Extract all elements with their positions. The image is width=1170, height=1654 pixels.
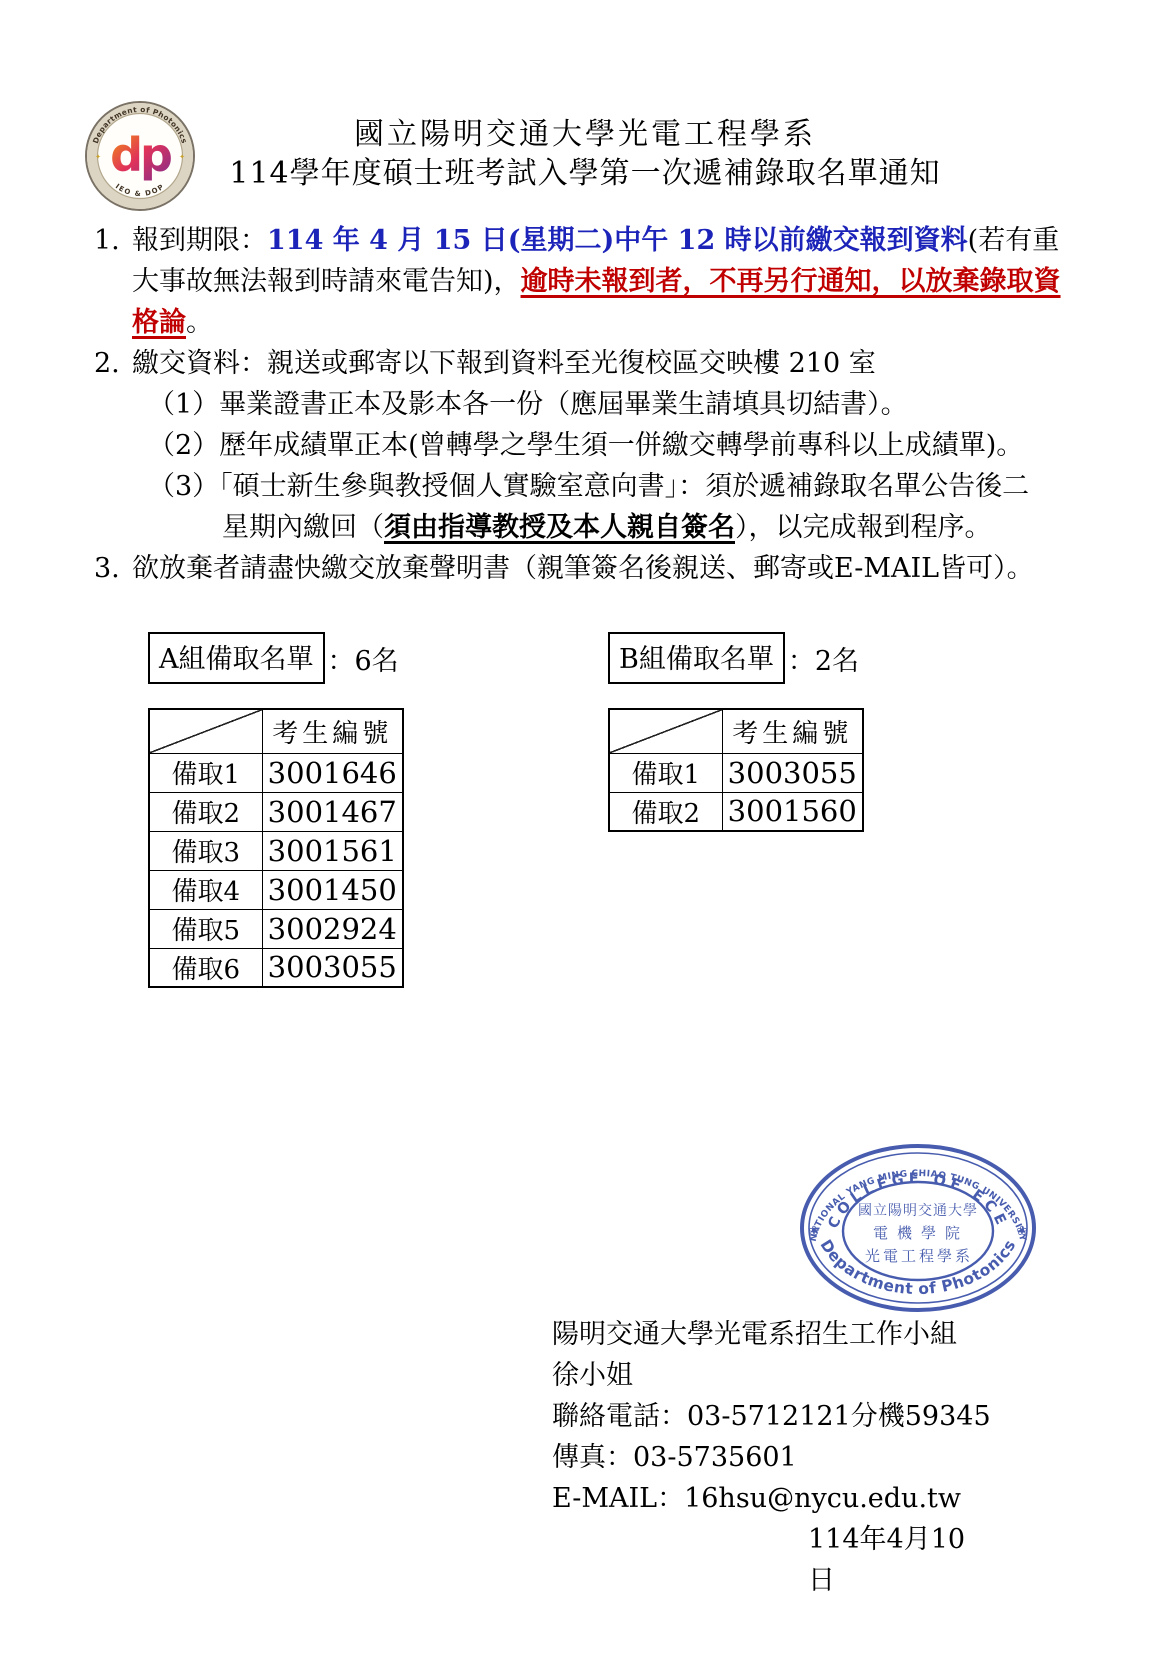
- contact-email: E-MAIL：16hsu@nycu.edu.tw: [552, 1478, 992, 1519]
- rank-cell: 備取4: [149, 870, 262, 909]
- contact-phone: 聯絡電話：03-5712121分機59345: [552, 1396, 992, 1437]
- item-3-number: 3.: [94, 548, 132, 589]
- table-row: 備取53002924: [149, 909, 403, 948]
- department-stamp-seal: NATIONAL YANG MING CHIAO TUNG UNIVERSITY…: [796, 1140, 1040, 1316]
- candidate-id-header: 考生編號: [722, 709, 863, 753]
- table-row: 備取63003055: [149, 948, 403, 987]
- candidate-id-cell: 3001560: [722, 792, 863, 831]
- group-b-section: B組備取名單 ：2名 考生編號 備取13003055 備取23001560: [608, 634, 864, 832]
- candidate-id-cell: 3001646: [262, 753, 403, 792]
- table-header-row: 考生編號: [149, 709, 403, 753]
- contact-block: 陽明交通大學光電系招生工作小組 徐小姐 聯絡電話：03-5712121分機593…: [552, 1314, 992, 1601]
- table-row: 備取23001467: [149, 792, 403, 831]
- notice-item-2: 2.繳交資料：親送或郵寄以下報到資料至光復校區交映樓 210 室: [94, 343, 1084, 384]
- item-1-deadline-highlight: 114 年 4 月 15 日(星期二)中午 12 時以前繳交報到資料: [267, 225, 968, 256]
- item-3-text: 欲放棄者請盡快繳交放棄聲明書（親筆簽名後親送、郵寄或E-MAIL皆可）。: [132, 553, 1034, 584]
- candidate-id-cell: 3002924: [262, 909, 403, 948]
- logo-dp-monogram: dp: [110, 128, 171, 182]
- group-a-label-row: A組備取名單 ：6名: [148, 634, 404, 682]
- diagonal-header-cell: [149, 709, 262, 753]
- candidate-id-cell: 3001467: [262, 792, 403, 831]
- sub-3-pre-text: 星期內繳回（: [222, 512, 384, 543]
- group-b-label-row: B組備取名單 ：2名: [608, 634, 864, 682]
- sub-3-post-text: ），以完成報到程序。: [735, 512, 992, 543]
- candidate-id-header: 考生編號: [262, 709, 403, 753]
- notice-item-1: 1.報到期限：114 年 4 月 15 日(星期二)中午 12 時以前繳交報到資…: [94, 220, 1084, 343]
- contact-fax: 傳真：03-5735601: [552, 1437, 992, 1478]
- table-row: 備取23001560: [609, 792, 863, 831]
- candidate-id-cell: 3003055: [262, 948, 403, 987]
- notice-document-page: Department of Photonics IEO & DOP ✦ ✦ dp…: [0, 0, 1170, 1654]
- notice-list: 1.報到期限：114 年 4 月 15 日(星期二)中午 12 時以前繳交報到資…: [94, 220, 1084, 589]
- group-b-count: ：2名: [788, 639, 859, 678]
- notice-item-2-sub-3-line-2: 星期內繳回（須由指導教授及本人親自簽名），以完成報到程序。: [94, 507, 1084, 548]
- diagonal-header-cell: [609, 709, 722, 753]
- department-logo: Department of Photonics IEO & DOP ✦ ✦ dp: [84, 100, 196, 212]
- table-row: 備取13001646: [149, 753, 403, 792]
- table-header-row: 考生編號: [609, 709, 863, 753]
- group-a-waitlist-table: 考生編號 備取13001646 備取23001467 備取33001561 備取…: [148, 708, 404, 988]
- group-b-label-box: B組備取名單: [608, 632, 785, 684]
- rank-cell: 備取1: [609, 753, 722, 792]
- logo-left-star-icon: ✦: [95, 153, 101, 161]
- rank-cell: 備取1: [149, 753, 262, 792]
- item-1-number: 1.: [94, 220, 132, 261]
- rank-cell: 備取2: [609, 792, 722, 831]
- table-row: 備取33001561: [149, 831, 403, 870]
- logo-right-star-icon: ✦: [179, 153, 185, 161]
- stamp-left-flower-icon: ❀: [809, 1224, 820, 1239]
- item-1-prefix: 報到期限：: [132, 225, 267, 256]
- candidate-id-cell: 3003055: [722, 753, 863, 792]
- item-2-number: 2.: [94, 343, 132, 384]
- candidate-id-cell: 3001450: [262, 870, 403, 909]
- table-row: 備取13003055: [609, 753, 863, 792]
- table-row: 備取43001450: [149, 870, 403, 909]
- notice-item-3: 3.欲放棄者請盡快繳交放棄聲明書（親筆簽名後親送、郵寄或E-MAIL皆可）。: [94, 548, 1084, 589]
- group-b-waitlist-table: 考生編號 備取13003055 備取23001560: [608, 708, 864, 832]
- item-1-period: 。: [186, 307, 213, 338]
- candidate-id-cell: 3001561: [262, 831, 403, 870]
- rank-cell: 備取6: [149, 948, 262, 987]
- sub-3-signature-requirement: 須由指導教授及本人親自簽名: [384, 512, 735, 543]
- stamp-center-department-text: 光電工程學系: [865, 1247, 973, 1265]
- rank-cell: 備取5: [149, 909, 262, 948]
- group-a-label-box: A組備取名單: [148, 632, 325, 684]
- contact-team: 陽明交通大學光電系招生工作小組 徐小姐: [552, 1314, 992, 1396]
- stamp-college-arc-text: COLLEGE OF ECE: [826, 1171, 1011, 1231]
- notice-item-2-sub-2: （2）歷年成績單正本(曾轉學之學生須一併繳交轉學前專科以上成績單)。: [94, 425, 1084, 466]
- stamp-right-flower-icon: ❀: [1017, 1224, 1028, 1239]
- rank-cell: 備取2: [149, 792, 262, 831]
- waitlist-section: A組備取名單 ：6名 考生編號 備取13001646 備取23001467 備取…: [0, 634, 1170, 1064]
- group-a-section: A組備取名單 ：6名 考生編號 備取13001646 備取23001467 備取…: [148, 634, 404, 988]
- notice-item-2-sub-3-line-1: （3）「碩士新生參與教授個人實驗室意向書」：須於遞補錄取名單公告後二: [94, 466, 1084, 507]
- notice-item-2-sub-1: （1）畢業證書正本及影本各一份（應屆畢業生請填具切結書）。: [94, 384, 1084, 425]
- rank-cell: 備取3: [149, 831, 262, 870]
- group-a-count: ：6名: [328, 639, 399, 678]
- stamp-center-university-text: 國立陽明交通大學: [858, 1202, 978, 1219]
- item-2-head: 繳交資料：親送或郵寄以下報到資料至光復校區交映樓 210 室: [132, 348, 876, 379]
- stamp-center-college-text: 電機學院: [873, 1224, 969, 1242]
- issue-date: 114年4月10日: [552, 1519, 992, 1601]
